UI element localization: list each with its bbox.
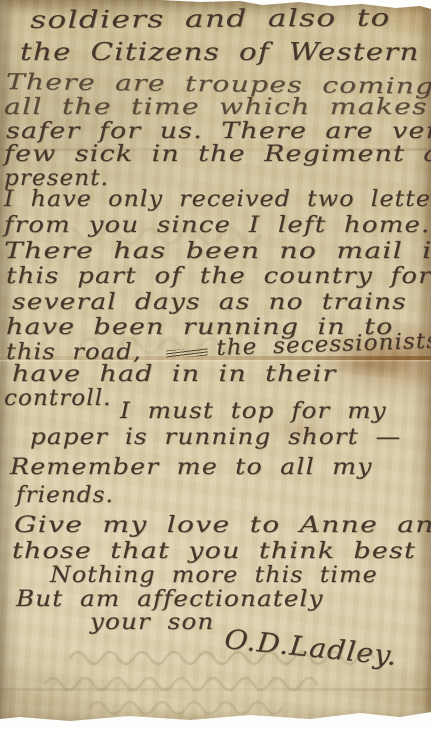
- letter-line: those that you think best -: [12, 541, 431, 563]
- letter-line: Nothing more this time: [50, 565, 378, 587]
- letter-line: several days as no trains: [12, 292, 407, 314]
- letter-line: safer for us. There are very: [6, 121, 431, 143]
- letter-line: controll.: [4, 388, 112, 410]
- letter-line: But am affectionately: [16, 589, 324, 611]
- letter-line: this road,: [6, 342, 142, 364]
- letter-line: all the time which makes it: [4, 97, 431, 119]
- letter-line: I must top for my: [120, 401, 387, 423]
- letter-line: soldiers and also to: [30, 6, 391, 32]
- letter-line: few sick in the Regiment at: [4, 144, 431, 166]
- letter-line: Remember me to all my: [10, 457, 373, 479]
- letter-line: this part of the country for: [6, 266, 431, 288]
- letter-line: from you since I left home.: [4, 215, 430, 237]
- letter-line: Give my love to Anne and: [14, 515, 431, 537]
- letter-line: I have only received two letters: [4, 189, 431, 211]
- letter-line: There has been no mail in: [4, 241, 431, 263]
- letter-closing-line: your son: [90, 612, 214, 634]
- scanned-letter-page: soldiers and also to the Citizens of Wes…: [0, 0, 431, 730]
- letter-line: paper is running short —: [30, 427, 401, 449]
- letter-line: friends.: [16, 485, 114, 507]
- letter-line: have had in in their: [12, 364, 337, 386]
- letter-line: the Citizens of Western Va.: [20, 40, 431, 64]
